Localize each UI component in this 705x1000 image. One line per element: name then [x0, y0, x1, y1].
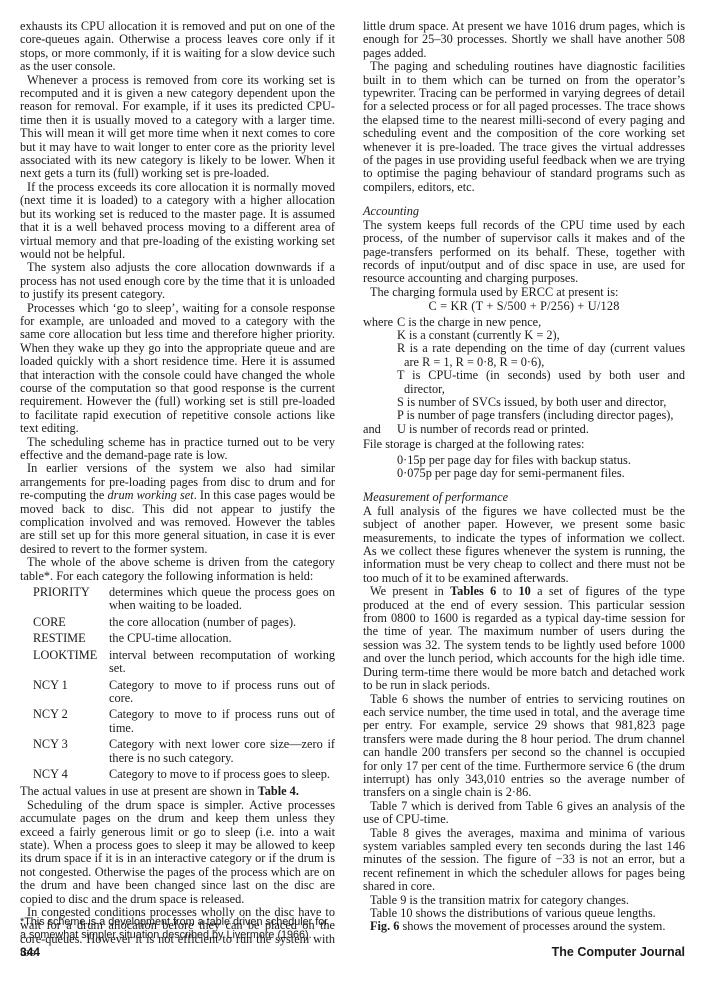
legend-spacer [363, 409, 397, 422]
section-heading-accounting: Accounting [363, 205, 685, 218]
definition-row: NCY 2Category to move to if process runs… [33, 708, 335, 735]
paragraph: The charging formula used by ERCC at pre… [363, 286, 685, 299]
legend-row: andU is number of records read or printe… [363, 423, 685, 436]
and-label: and [363, 423, 397, 436]
legend-row: T is CPU-time (in seconds) used by both … [363, 369, 685, 396]
definition-row: COREthe core allocation (number of pages… [33, 616, 335, 629]
definition-desc: Category to move to if process goes to s… [109, 768, 335, 781]
legend-spacer [363, 342, 397, 369]
definition-term: PRIORITY [33, 586, 109, 613]
storage-rates: 0·15p per page day for files with backup… [397, 454, 685, 481]
definition-row: RESTIMEthe CPU-time allocation. [33, 632, 335, 645]
paragraph: Table 7 which is derived from Table 6 gi… [363, 800, 685, 827]
definition-desc: Category to move to if process runs out … [109, 679, 335, 706]
definition-row: NCY 1Category to move to if process runs… [33, 679, 335, 706]
text-run: The actual values in use at present are … [20, 784, 258, 798]
paragraph: Processes which ‘go to sleep’, waiting f… [20, 302, 335, 436]
legend-spacer [363, 396, 397, 409]
table-reference: Table 4. [258, 784, 299, 798]
definition-row: LOOKTIMEinterval between recomputation o… [33, 649, 335, 676]
paragraph: The actual values in use at present are … [20, 785, 335, 798]
paragraph: Whenever a process is removed from core … [20, 74, 335, 181]
legend-text: K is a constant (currently K = 2), [397, 329, 685, 342]
paragraph: The system also adjusts the core allocat… [20, 261, 335, 301]
table-reference: Tables 6 [450, 584, 496, 598]
category-definition-list: PRIORITYdetermines which queue the proce… [33, 586, 335, 781]
legend-spacer [363, 369, 397, 396]
legend-text: R is a rate depending on the time of day… [397, 342, 685, 369]
legend-row: P is number of page transfers (including… [363, 409, 685, 422]
legend-text: P is number of page transfers (including… [397, 409, 685, 422]
legend-text: C is the charge in new pence, [397, 316, 685, 329]
definition-desc: Category with next lower core size—zero … [109, 738, 335, 765]
definition-term: NCY 1 [33, 679, 109, 706]
definition-desc: the core allocation (number of pages). [109, 616, 335, 629]
paragraph: A full analysis of the figures we have c… [363, 505, 685, 585]
definition-term: NCY 3 [33, 738, 109, 765]
paragraph: Table 10 shows the distributions of vari… [363, 907, 685, 920]
paragraph: The system keeps full records of the CPU… [363, 219, 685, 286]
definition-desc: interval between recomputation of workin… [109, 649, 335, 676]
legend-spacer [363, 329, 397, 342]
text-run: shows the movement of processes around t… [399, 919, 665, 933]
legend-text: U is number of records read or printed. [397, 423, 685, 436]
rate-item: 0·15p per page day for files with backup… [397, 454, 685, 467]
definition-row: NCY 3Category with next lower core size—… [33, 738, 335, 765]
paragraph: We present in Tables 6 to 10 a set of fi… [363, 585, 685, 692]
definition-desc: the CPU-time allocation. [109, 632, 335, 645]
paragraph: Table 8 gives the averages, maxima and m… [363, 827, 685, 894]
paragraph: Fig. 6 shows the movement of processes a… [363, 920, 685, 933]
definition-term: CORE [33, 616, 109, 629]
legend-text: S is number of SVCs issued, by both user… [397, 396, 685, 409]
text-run: a set of figures of the type produced at… [363, 584, 685, 692]
definition-term: RESTIME [33, 632, 109, 645]
paragraph: The whole of the above scheme is driven … [20, 556, 335, 583]
legend-row: S is number of SVCs issued, by both user… [363, 396, 685, 409]
right-column: little drum space. At present we have 10… [363, 20, 685, 934]
definition-row: PRIORITYdetermines which queue the proce… [33, 586, 335, 613]
legend-text: T is CPU-time (in seconds) used by both … [397, 369, 685, 396]
legend-row: K is a constant (currently K = 2), [363, 329, 685, 342]
definition-term: NCY 4 [33, 768, 109, 781]
rate-item: 0·075p per page day for semi-permanent f… [397, 467, 685, 480]
journal-name: The Computer Journal [552, 945, 685, 959]
text-run: to [496, 584, 518, 598]
charging-formula: C = KR (T + S/500 + P/256) + U/128 [363, 300, 685, 313]
formula-legend: whereC is the charge in new pence, K is … [363, 316, 685, 437]
paragraph: Table 6 shows the number of entries to s… [363, 693, 685, 800]
paragraph: Table 9 is the transition matrix for cat… [363, 894, 685, 907]
section-heading-measurement: Measurement of performance [363, 491, 685, 504]
left-column: exhausts its CPU allocation it is remove… [20, 20, 335, 960]
paragraph: exhausts its CPU allocation it is remove… [20, 20, 335, 74]
legend-row: R is a rate depending on the time of day… [363, 342, 685, 369]
definition-row: NCY 4Category to move to if process goes… [33, 768, 335, 781]
definition-term: LOOKTIME [33, 649, 109, 676]
definition-term: NCY 2 [33, 708, 109, 735]
paragraph: If the process exceeds its core allocati… [20, 181, 335, 261]
paragraph: The scheduling scheme has in practice tu… [20, 436, 335, 463]
where-label: where [363, 316, 397, 329]
definition-desc: Category to move to if process runs out … [109, 708, 335, 735]
paragraph: The paging and scheduling routines have … [363, 60, 685, 194]
text-run: We present in [370, 584, 450, 598]
footnote: *This scheme is a development from a tab… [20, 916, 335, 941]
page-number: 344 [20, 945, 40, 959]
figure-reference: Fig. 6 [370, 919, 399, 933]
paragraph: Scheduling of the drum space is simpler.… [20, 799, 335, 906]
paragraph: In earlier versions of the system we als… [20, 462, 335, 556]
paragraph: little drum space. At present we have 10… [363, 20, 685, 60]
paragraph: File storage is charged at the following… [363, 438, 685, 451]
italic-term: drum working set [108, 488, 194, 502]
definition-desc: determines which queue the process goes … [109, 586, 335, 613]
table-reference: 10 [519, 584, 531, 598]
legend-row: whereC is the charge in new pence, [363, 316, 685, 329]
